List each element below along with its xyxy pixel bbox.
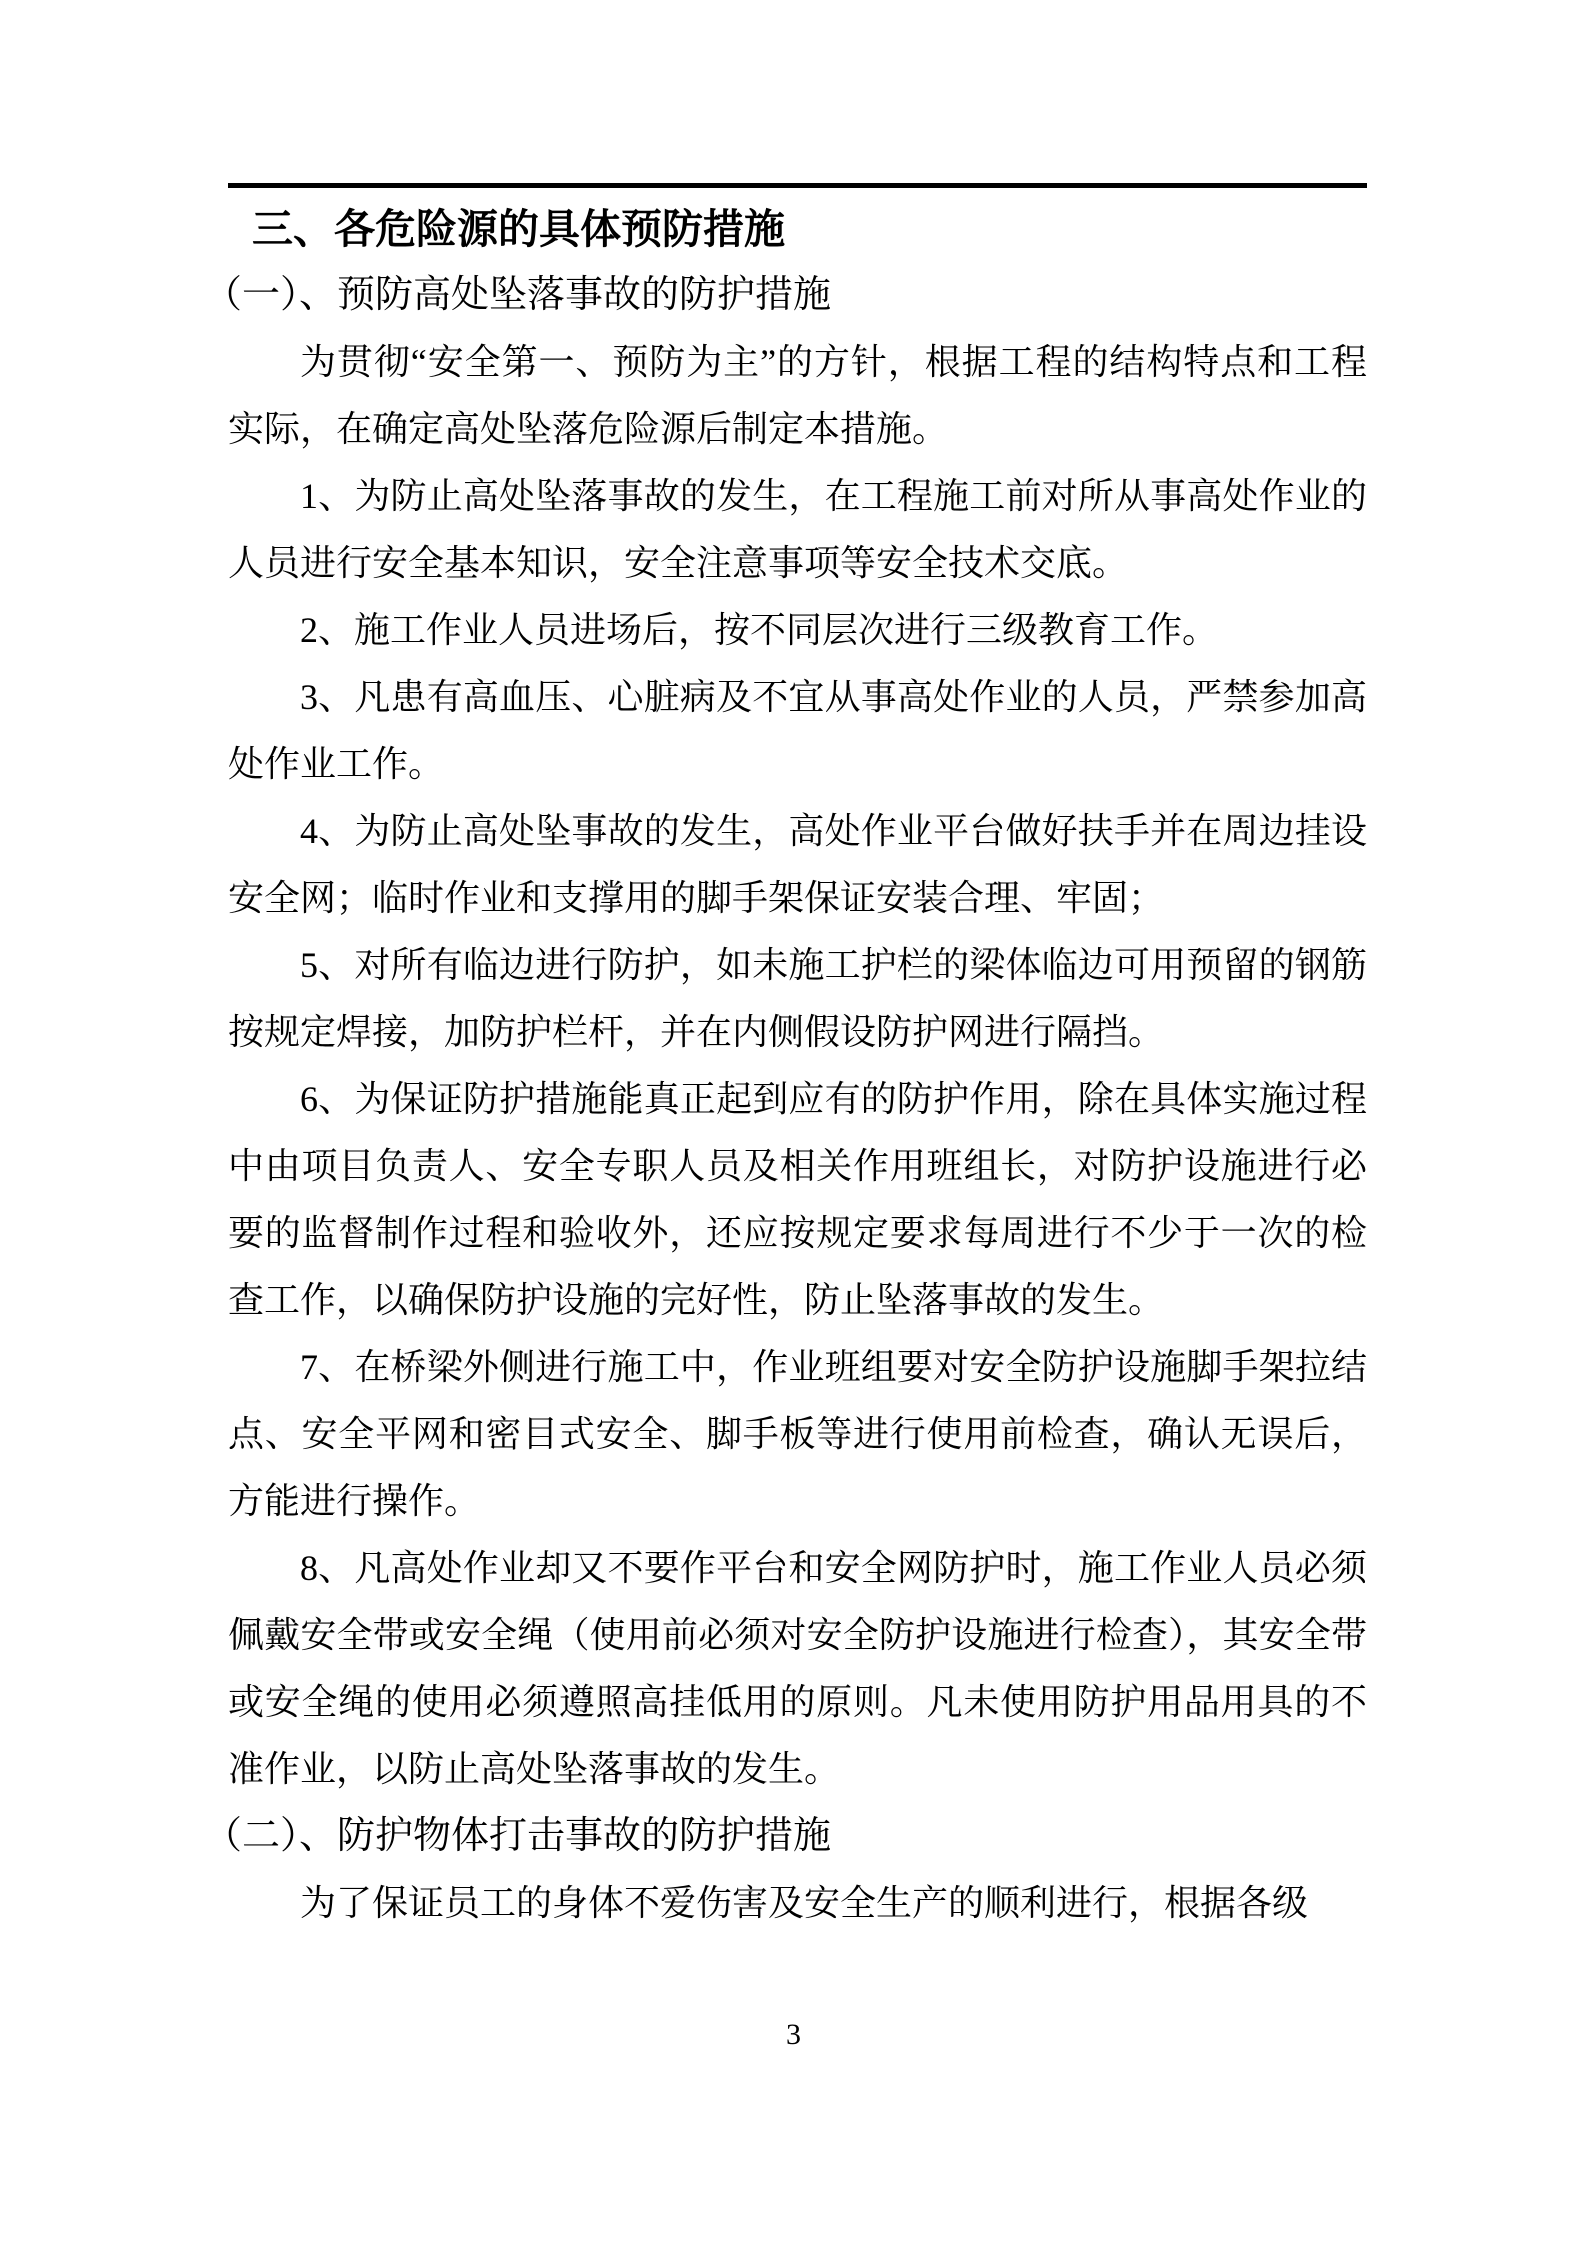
paragraph: 5、对所有临边进行防护，如未施工护栏的梁体临边可用预留的钢筋按规定焊接，加防护栏… <box>228 932 1367 1066</box>
paragraph: 1、为防止高处坠落事故的发生，在工程施工前对所从事高处作业的人员进行安全基本知识… <box>228 463 1367 597</box>
page-number: 3 <box>0 2017 1587 2053</box>
section-heading: 三、各危险源的具体预防措施 <box>252 196 1367 262</box>
paragraph: 6、为保证防护措施能真正起到应有的防护作用，除在具体实施过程中由项目负责人、安全… <box>228 1066 1367 1334</box>
header-rule <box>228 183 1367 188</box>
paragraph: 为贯彻“安全第一、预防为主”的方针，根据工程的结构特点和工程实际，在确定高处坠落… <box>228 329 1367 463</box>
paragraph: 7、在桥梁外侧进行施工中，作业班组要对安全防护设施脚手架拉结点、安全平网和密目式… <box>228 1334 1367 1535</box>
subsection-1-heading: （一）、预防高处坠落事故的防护措施 <box>204 262 1367 329</box>
paragraph: 为了保证员工的身体不爱伤害及安全生产的顺利进行，根据各级 <box>228 1870 1367 1937</box>
paragraph: 2、施工作业人员进场后，按不同层次进行三级教育工作。 <box>228 597 1367 664</box>
document-page: 三、各危险源的具体预防措施 （一）、预防高处坠落事故的防护措施 为贯彻“安全第一… <box>0 0 1587 2245</box>
subsection-object-strike-prevention: （二）、防护物体打击事故的防护措施 为了保证员工的身体不爱伤害及安全生产的顺利进… <box>228 1803 1367 1937</box>
paragraph: 3、凡患有高血压、心脏病及不宜从事高处作业的人员，严禁参加高处作业工作。 <box>228 664 1367 798</box>
paragraph: 4、为防止高处坠事故的发生，高处作业平台做好扶手并在周边挂设安全网；临时作业和支… <box>228 798 1367 932</box>
subsection-2-heading: （二）、防护物体打击事故的防护措施 <box>204 1803 1367 1870</box>
paragraph: 8、凡高处作业却又不要作平台和安全网防护时，施工作业人员必须佩戴安全带或安全绳（… <box>228 1535 1367 1803</box>
subsection-fall-prevention: （一）、预防高处坠落事故的防护措施 为贯彻“安全第一、预防为主”的方针，根据工程… <box>228 262 1367 1803</box>
